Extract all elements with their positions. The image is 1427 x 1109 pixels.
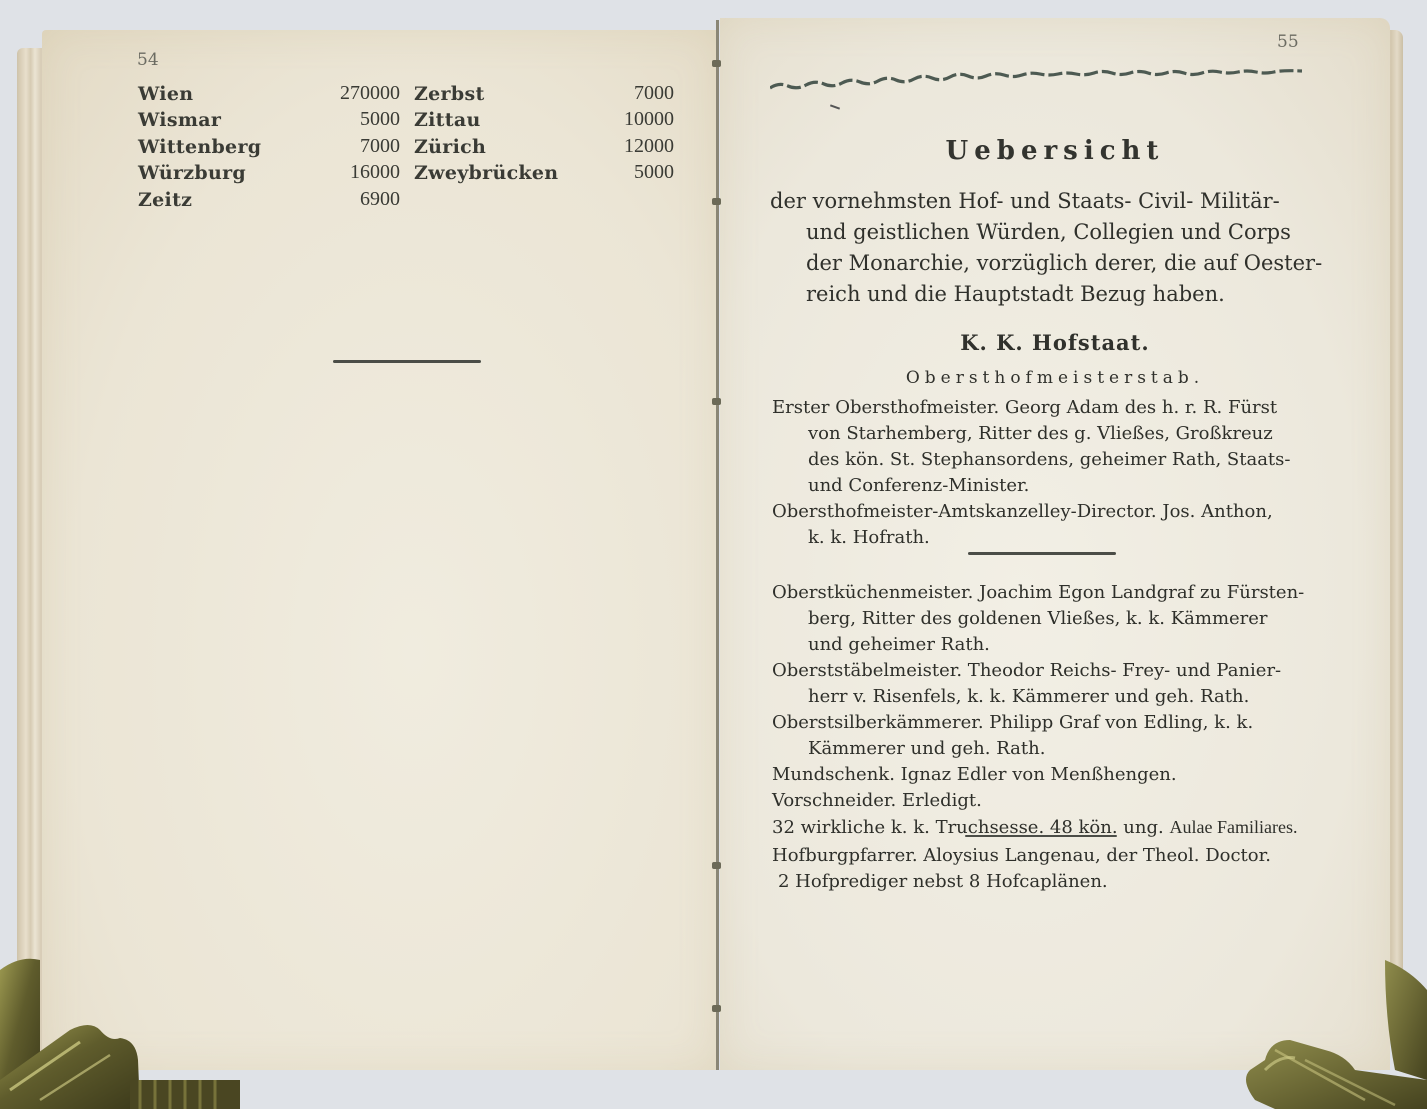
population-value: 5000	[360, 108, 400, 131]
table-row: Wittenberg7000	[138, 131, 400, 158]
table-row: Zweybrücken5000	[414, 158, 674, 185]
entry-continuation: berg, Ritter des goldenen Vließes, k. k.…	[772, 606, 1322, 632]
population-value: 12000	[624, 135, 674, 158]
city-name: Zweybrücken	[414, 162, 558, 184]
list-item: Obersthofmeister-Amtskanzelley-Director.…	[772, 499, 1322, 551]
entry-continuation: k. k. Hofrath.	[772, 525, 1322, 551]
population-value: 7000	[634, 82, 674, 105]
entry-first-line: Oberstküchenmeister. Joachim Egon Landgr…	[772, 580, 1322, 606]
entry-first-line: Mundschenk. Ignaz Edler von Menßhengen.	[772, 762, 1322, 788]
entry-first-line: Obersthofmeister-Amtskanzelley-Director.…	[772, 499, 1322, 525]
bronze-stand-base-left	[130, 1080, 240, 1109]
entry-continuation: von Starhemberg, Ritter des g. Vließes, …	[772, 421, 1322, 447]
table-row: Zittau10000	[414, 105, 674, 132]
population-column-2: Zerbst7000 Zittau10000 Zürich12000 Zweyb…	[414, 78, 674, 184]
entry-first-line: Oberststäbelmeister. Theodor Reichs- Fre…	[772, 658, 1322, 684]
binding-stitch	[712, 1005, 721, 1012]
entries-block-3: Hofburgpfarrer. Aloysius Langenau, der T…	[772, 843, 1322, 895]
population-value: 6900	[360, 188, 400, 211]
population-column-1: Wien270000 Wismar5000 Wittenberg7000 Wür…	[138, 78, 400, 211]
city-name: Zeitz	[138, 189, 192, 211]
book-photo: 54 Wien270000 Wismar5000 Wittenberg7000 …	[0, 0, 1427, 1109]
city-name: Zerbst	[414, 83, 485, 105]
entry-latin-tail: Aulae Familiares.	[1169, 817, 1297, 837]
subtitle-line: reich und die Hauptstadt Bezug haben.	[770, 279, 1315, 310]
page-subtitle: der vornehmsten Hof- und Staats- Civil- …	[770, 186, 1315, 310]
entry-first-line: Oberstsilberkämmerer. Philipp Graf von E…	[772, 710, 1322, 736]
bronze-book-stand-right	[1235, 960, 1427, 1109]
page-number-left: 54	[137, 50, 159, 70]
city-name: Zittau	[414, 109, 481, 131]
list-item: Mundschenk. Ignaz Edler von Menßhengen.	[772, 762, 1322, 788]
entry-first-line: Hofburgpfarrer. Aloysius Langenau, der T…	[772, 843, 1322, 869]
subtitle-line: der vornehmsten Hof- und Staats- Civil- …	[770, 186, 1315, 217]
list-item: Vorschneider. Erledigt.	[772, 788, 1322, 814]
entry-continuation: und geheimer Rath.	[772, 632, 1322, 658]
list-item: 2 Hofprediger nebst 8 Hofcaplänen.	[772, 869, 1322, 895]
city-name: Wien	[138, 83, 193, 105]
city-name: Wittenberg	[138, 136, 261, 158]
entry-continuation: herr v. Risenfels, k. k. Kämmerer und ge…	[772, 684, 1322, 710]
entry-continuation: des kön. St. Stephansordens, geheimer Ra…	[772, 447, 1322, 473]
section-divider-rule	[968, 552, 1116, 555]
city-name: Würzburg	[138, 162, 246, 184]
wavy-ornament-rule	[770, 66, 1302, 96]
list-item: Oberstsilberkämmerer. Philipp Graf von E…	[772, 710, 1322, 762]
page-number-right: 55	[1277, 32, 1299, 52]
table-row: Wismar5000	[138, 105, 400, 132]
table-row: Würzburg16000	[138, 158, 400, 185]
list-item: Hofburgpfarrer. Aloysius Langenau, der T…	[772, 843, 1322, 869]
city-name: Wismar	[138, 109, 221, 131]
table-row: Zeitz6900	[138, 184, 400, 211]
population-value: 270000	[340, 82, 400, 105]
section-divider-rule	[333, 360, 481, 363]
list-item: Oberststäbelmeister. Theodor Reichs- Fre…	[772, 658, 1322, 710]
subtitle-line: der Monarchie, vorzüglich derer, die auf…	[770, 248, 1315, 279]
city-name: Zürich	[414, 136, 486, 158]
entry-first-line: 2 Hofprediger nebst 8 Hofcaplänen.	[772, 869, 1322, 895]
section-heading: K. K. Hofstaat.	[720, 330, 1390, 355]
section-divider-rule	[965, 835, 1117, 837]
list-item: Erster Obersthofmeister. Georg Adam des …	[772, 395, 1322, 499]
page-title: Uebersicht	[720, 136, 1390, 166]
binding-stitch	[712, 862, 721, 869]
list-item: Oberstküchenmeister. Joachim Egon Landgr…	[772, 580, 1322, 658]
table-row: Zürich12000	[414, 131, 674, 158]
subsection-heading: Obersthofmeisterstab.	[720, 368, 1390, 388]
entry-first-line: Erster Obersthofmeister. Georg Adam des …	[772, 395, 1322, 421]
population-value: 5000	[634, 161, 674, 184]
table-row: Wien270000	[138, 78, 400, 105]
binding-stitch	[712, 398, 721, 405]
binding-stitch	[712, 198, 721, 205]
book-spine-gutter	[716, 20, 719, 1070]
entry-continuation: und Conferenz-Minister.	[772, 473, 1322, 499]
entry-first-line: Vorschneider. Erledigt.	[772, 788, 1322, 814]
entry-continuation: Kämmerer und geh. Rath.	[772, 736, 1322, 762]
entries-block-2: Oberstküchenmeister. Joachim Egon Landgr…	[772, 580, 1322, 841]
binding-stitch	[712, 60, 721, 67]
subtitle-line: und geistlichen Würden, Collegien und Co…	[770, 217, 1315, 248]
population-value: 16000	[350, 161, 400, 184]
population-value: 7000	[360, 135, 400, 158]
entries-block-1: Erster Obersthofmeister. Georg Adam des …	[772, 395, 1322, 551]
table-row: Zerbst7000	[414, 78, 674, 105]
population-value: 10000	[624, 108, 674, 131]
